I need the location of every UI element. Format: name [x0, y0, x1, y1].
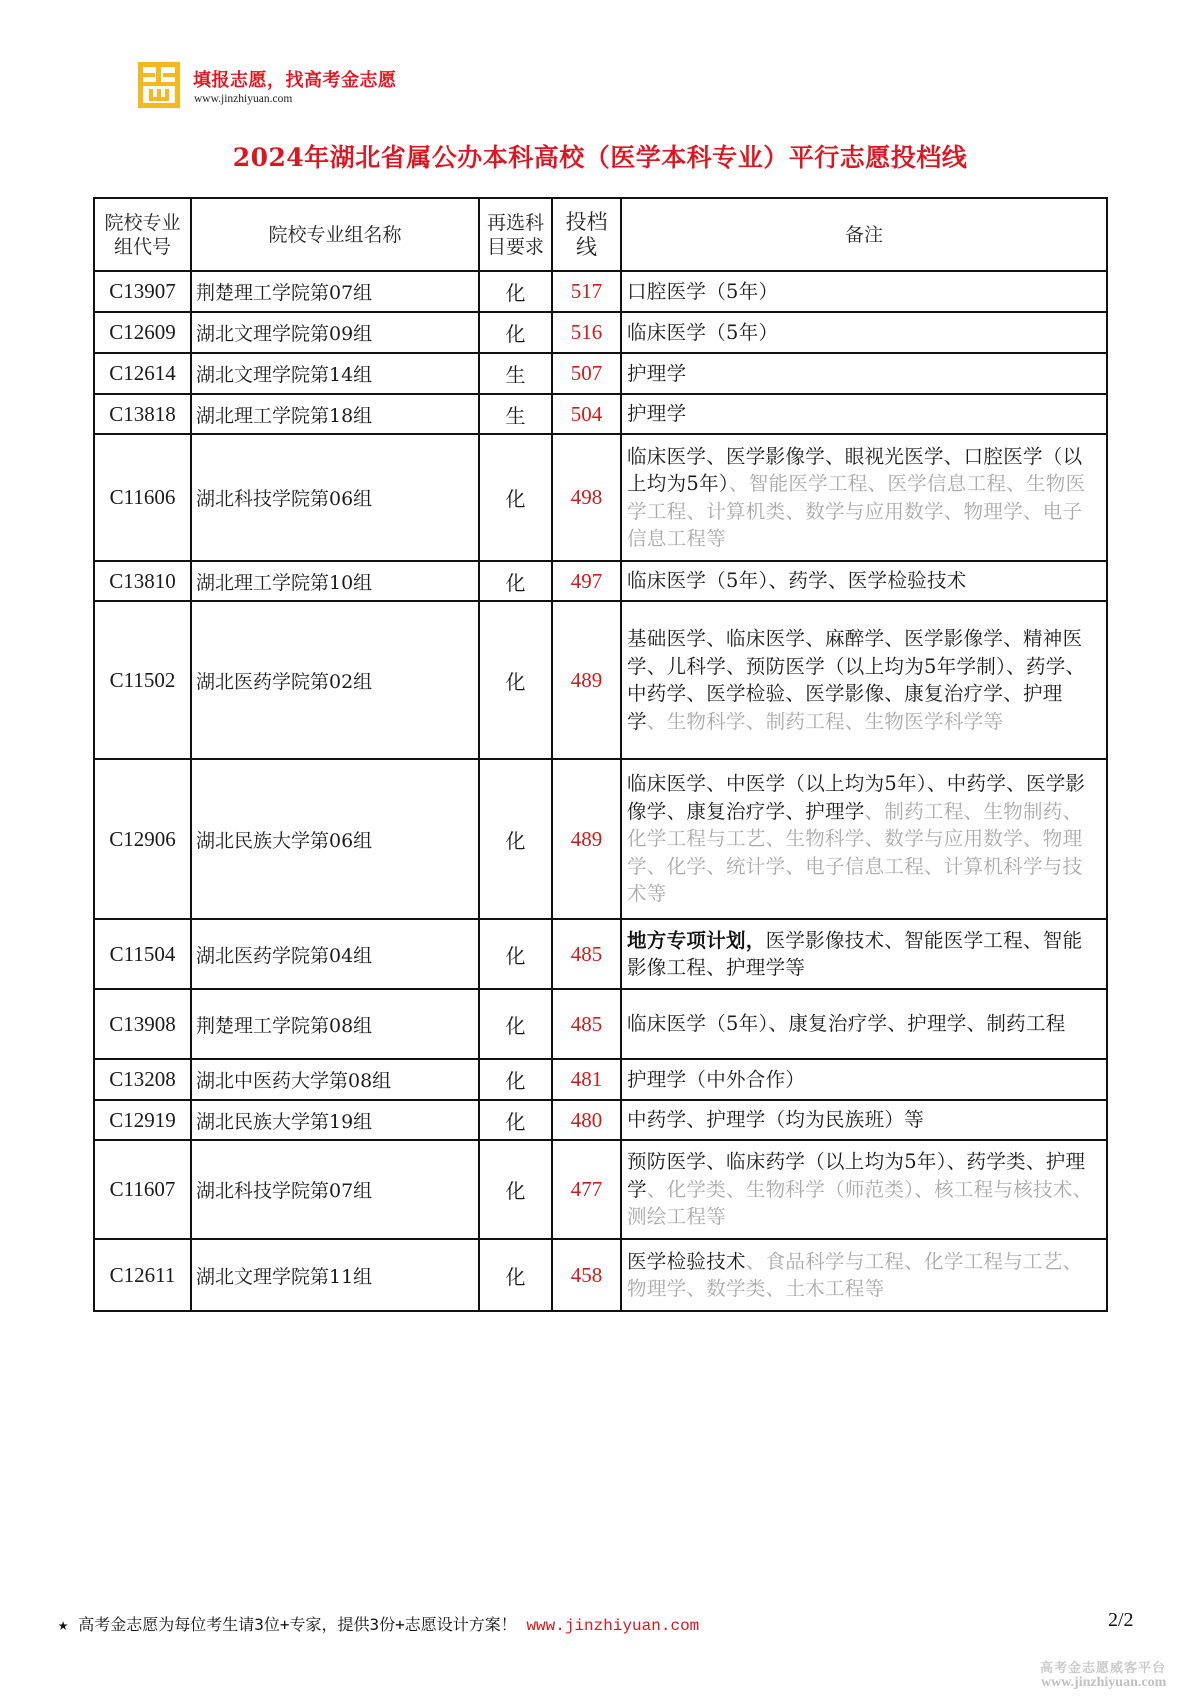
note-highlight: 地方专项计划，	[627, 929, 766, 952]
admission-score: 517	[552, 271, 621, 312]
subject-requirement: 化	[479, 1239, 552, 1311]
admission-score: 477	[552, 1140, 621, 1239]
note-primary: 临床医学（5年）、康复治疗学、护理学、制药工程	[627, 1012, 1066, 1035]
note-cell: 地方专项计划，医学影像技术、智能医学工程、智能影像工程、护理学等	[621, 919, 1107, 989]
group-code: C13208	[94, 1059, 191, 1100]
subject-requirement: 化	[479, 919, 552, 989]
watermark-url: www.jinzhiyuan.com	[1041, 1675, 1166, 1691]
subject-requirement: 化	[479, 434, 552, 561]
group-name: 湖北文理学院第14组	[191, 353, 479, 394]
admission-score: 516	[552, 312, 621, 353]
header-subject: 再选科 目要求	[479, 198, 552, 271]
note-cell: 护理学	[621, 353, 1107, 394]
note-primary: 医学检验技术	[627, 1250, 746, 1273]
subject-requirement: 生	[479, 353, 552, 394]
group-name: 湖北医药学院第02组	[191, 601, 479, 759]
group-name: 湖北理工学院第10组	[191, 561, 479, 601]
note-cell: 医学检验技术、食品科学与工程、化学工程与工艺、物理学、数学类、土木工程等	[621, 1239, 1107, 1311]
subject-requirement: 化	[479, 1059, 552, 1100]
group-name: 湖北科技学院第06组	[191, 434, 479, 561]
group-name: 湖北民族大学第06组	[191, 759, 479, 919]
note-primary: 护理学	[627, 402, 686, 425]
subject-requirement: 生	[479, 394, 552, 434]
subject-requirement: 化	[479, 1100, 552, 1140]
note-primary: 中药学、护理学（均为民族班）等	[627, 1108, 924, 1131]
group-code: C13908	[94, 989, 191, 1059]
subject-requirement: 化	[479, 561, 552, 601]
jinzhiyuan-logo-icon	[138, 62, 180, 108]
admission-score: 485	[552, 919, 621, 989]
note-cell: 临床医学（5年）、药学、医学检验技术	[621, 561, 1107, 601]
table-row: C13908荆楚理工学院第08组化485临床医学（5年）、康复治疗学、护理学、制…	[94, 989, 1107, 1059]
header-score: 投档 线	[552, 198, 621, 271]
note-primary: 口腔医学（5年）	[627, 280, 778, 303]
table-row: C13810湖北理工学院第10组化497临床医学（5年）、药学、医学检验技术	[94, 561, 1107, 601]
admission-score-table: 院校专业 组代号 院校专业组名称 再选科 目要求 投档 线 备注 C13907荆…	[93, 197, 1108, 1312]
note-cell: 临床医学、医学影像学、眼视光医学、口腔医学（以上均为5年）、智能医学工程、医学信…	[621, 434, 1107, 561]
group-code: C11606	[94, 434, 191, 561]
group-name: 湖北科技学院第07组	[191, 1140, 479, 1239]
footer-url-link[interactable]: www.jinzhiyuan.com	[526, 1617, 699, 1635]
header-code: 院校专业 组代号	[94, 198, 191, 271]
note-primary: 护理学	[627, 362, 686, 385]
note-secondary: 、化学类、生物科学（师范类）、核工程与核技术、测绘工程等	[627, 1178, 1092, 1229]
group-code: C12919	[94, 1100, 191, 1140]
note-primary: 临床医学（5年）、药学、医学检验技术	[627, 569, 967, 592]
table-row: C11606湖北科技学院第06组化498临床医学、医学影像学、眼视光医学、口腔医…	[94, 434, 1107, 561]
table-row: C12611湖北文理学院第11组化458医学检验技术、食品科学与工程、化学工程与…	[94, 1239, 1107, 1311]
group-name: 湖北文理学院第09组	[191, 312, 479, 353]
admission-score: 504	[552, 394, 621, 434]
group-name: 湖北民族大学第19组	[191, 1100, 479, 1140]
footer-promo-text: 高考金志愿为每位考生请3位+专家，提供3份+志愿设计方案！	[78, 1615, 517, 1634]
header-name: 院校专业组名称	[191, 198, 479, 271]
group-name: 荆楚理工学院第08组	[191, 989, 479, 1059]
footer-promo: ★高考金志愿为每位考生请3位+专家，提供3份+志愿设计方案！ www.jinzh…	[58, 1612, 699, 1635]
group-code: C12906	[94, 759, 191, 919]
group-code: C11504	[94, 919, 191, 989]
table-row: C13907荆楚理工学院第07组化517口腔医学（5年）	[94, 271, 1107, 312]
admission-score: 489	[552, 759, 621, 919]
group-name: 湖北文理学院第11组	[191, 1239, 479, 1311]
admission-score: 481	[552, 1059, 621, 1100]
admission-score: 480	[552, 1100, 621, 1140]
note-cell: 基础医学、临床医学、麻醉学、医学影像学、精神医学、儿科学、预防医学（以上均为5年…	[621, 601, 1107, 759]
group-name: 荆楚理工学院第07组	[191, 271, 479, 312]
note-cell: 预防医学、临床药学（以上均为5年）、药学类、护理学、化学类、生物科学（师范类）、…	[621, 1140, 1107, 1239]
table-row: C11504湖北医药学院第04组化485地方专项计划，医学影像技术、智能医学工程…	[94, 919, 1107, 989]
subject-requirement: 化	[479, 1140, 552, 1239]
note-primary: 护理学（中外合作）	[627, 1068, 805, 1091]
table-row: C11607湖北科技学院第07组化477预防医学、临床药学（以上均为5年）、药学…	[94, 1140, 1107, 1239]
subject-requirement: 化	[479, 312, 552, 353]
watermark-title: 高考金志愿威客平台	[1040, 1657, 1166, 1676]
page-title: 2024年湖北省属公办本科高校（医学本科专业）平行志愿投档线	[0, 138, 1200, 174]
subject-requirement: 化	[479, 271, 552, 312]
note-cell: 临床医学、中医学（以上均为5年）、中药学、医学影像学、康复治疗学、护理学、制药工…	[621, 759, 1107, 919]
table-header-row: 院校专业 组代号 院校专业组名称 再选科 目要求 投档 线 备注	[94, 198, 1107, 271]
group-code: C11607	[94, 1140, 191, 1239]
admission-score: 497	[552, 561, 621, 601]
group-name: 湖北理工学院第18组	[191, 394, 479, 434]
subject-requirement: 化	[479, 601, 552, 759]
brand-slogan: 填报志愿，找高考金志愿	[193, 66, 397, 92]
group-code: C11502	[94, 601, 191, 759]
note-cell: 护理学（中外合作）	[621, 1059, 1107, 1100]
admission-score: 489	[552, 601, 621, 759]
note-cell: 护理学	[621, 394, 1107, 434]
group-code: C12614	[94, 353, 191, 394]
note-cell: 口腔医学（5年）	[621, 271, 1107, 312]
group-code: C12609	[94, 312, 191, 353]
group-code: C13818	[94, 394, 191, 434]
table-row: C11502湖北医药学院第02组化489基础医学、临床医学、麻醉学、医学影像学、…	[94, 601, 1107, 759]
page-number: 2/2	[1108, 1609, 1134, 1632]
table-row: C13818湖北理工学院第18组生504护理学	[94, 394, 1107, 434]
table-row: C13208湖北中医药大学第08组化481护理学（中外合作）	[94, 1059, 1107, 1100]
group-name: 湖北中医药大学第08组	[191, 1059, 479, 1100]
group-code: C13810	[94, 561, 191, 601]
table-row: C12614湖北文理学院第14组生507护理学	[94, 353, 1107, 394]
note-cell: 中药学、护理学（均为民族班）等	[621, 1100, 1107, 1140]
note-primary: 临床医学（5年）	[627, 321, 778, 344]
subject-requirement: 化	[479, 989, 552, 1059]
admission-score: 458	[552, 1239, 621, 1311]
note-secondary: 、生物科学、制药工程、生物医学科学等	[647, 710, 1003, 733]
note-cell: 临床医学（5年）	[621, 312, 1107, 353]
table-row: C12906湖北民族大学第06组化489临床医学、中医学（以上均为5年）、中药学…	[94, 759, 1107, 919]
group-code: C13907	[94, 271, 191, 312]
group-code: C12611	[94, 1239, 191, 1311]
subject-requirement: 化	[479, 759, 552, 919]
admission-score: 498	[552, 434, 621, 561]
brand-url[interactable]: www.jinzhiyuan.com	[194, 93, 292, 105]
admission-score: 507	[552, 353, 621, 394]
star-icon: ★	[58, 1615, 68, 1635]
table-row: C12919湖北民族大学第19组化480中药学、护理学（均为民族班）等	[94, 1100, 1107, 1140]
note-cell: 临床医学（5年）、康复治疗学、护理学、制药工程	[621, 989, 1107, 1059]
header-note: 备注	[621, 198, 1107, 271]
admission-score: 485	[552, 989, 621, 1059]
table-row: C12609湖北文理学院第09组化516临床医学（5年）	[94, 312, 1107, 353]
group-name: 湖北医药学院第04组	[191, 919, 479, 989]
